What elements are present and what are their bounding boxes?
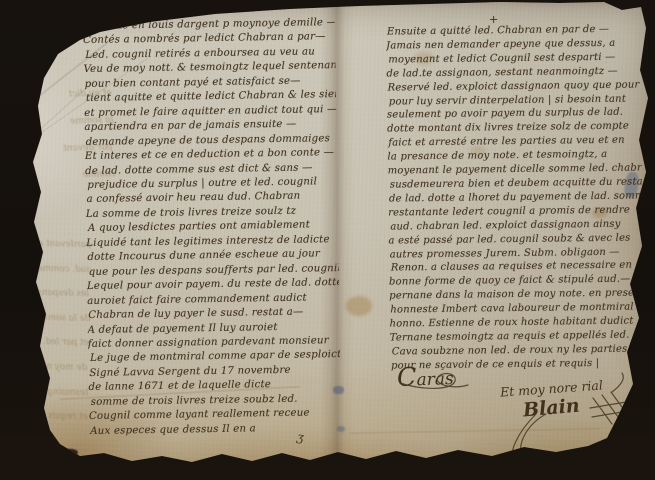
cross-mark-left: + xyxy=(165,1,174,14)
manuscript-scan: et au dictla sommepar devantcomme pardev… xyxy=(0,0,655,480)
edge-shadow xyxy=(0,0,655,480)
paper-sheet: et au dictla sommepar devantcomme pardev… xyxy=(0,0,655,480)
